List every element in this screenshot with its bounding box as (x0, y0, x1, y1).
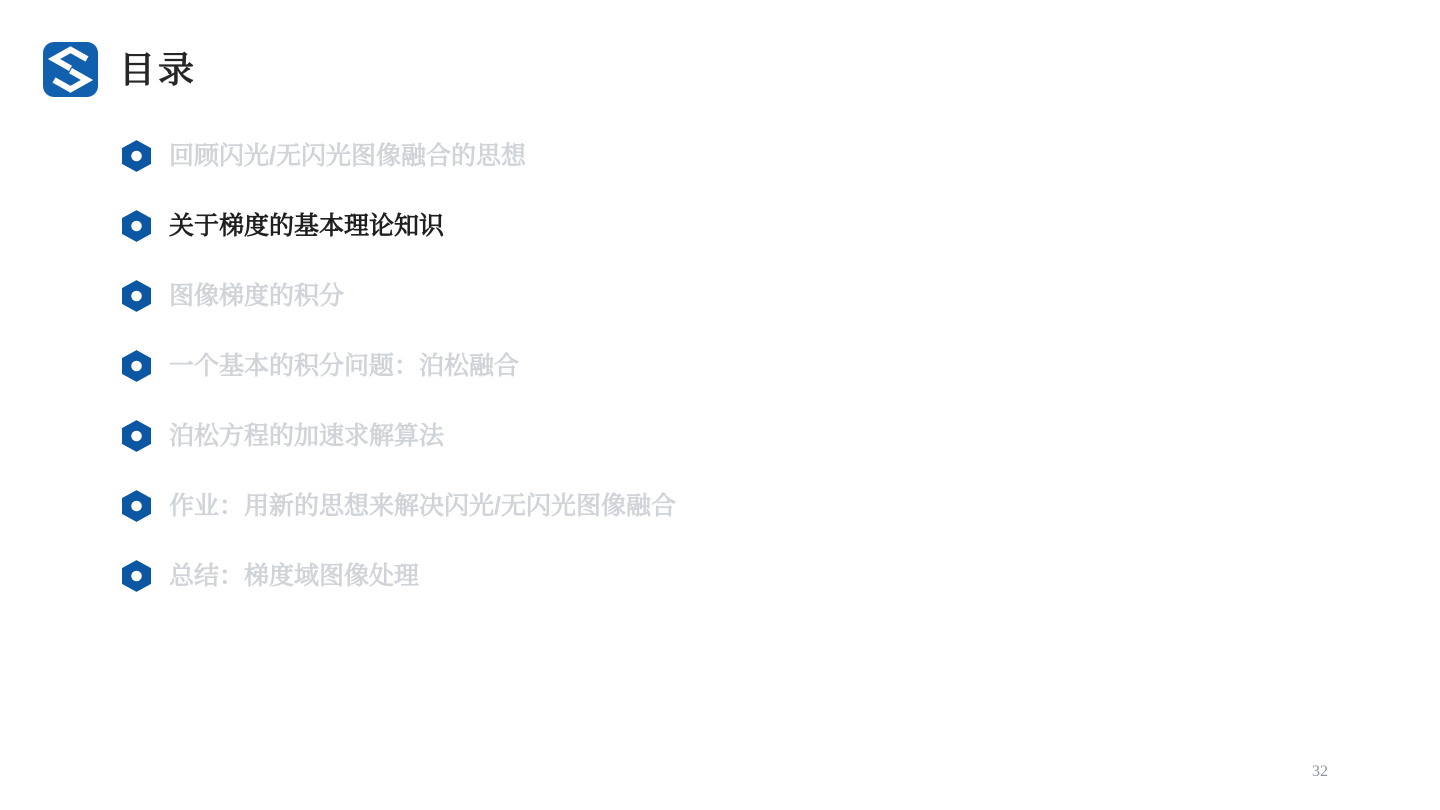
toc-item-label: 作业：用新的思想来解决闪光/无闪光图像融合 (169, 489, 676, 523)
toc-item[interactable]: 关于梯度的基本理论知识 (120, 209, 676, 243)
hexagon-bullet-icon (120, 419, 153, 453)
page-number: 32 (1312, 762, 1328, 782)
toc-item-label: 一个基本的积分问题：泊松融合 (169, 349, 519, 383)
hexagon-bullet-icon (120, 139, 153, 173)
page-title: 目录 (119, 42, 197, 97)
hexagon-bullet-icon (120, 489, 153, 523)
hexagon-bullet-icon (120, 279, 153, 313)
toc-item-label: 总结：梯度域图像处理 (169, 559, 419, 593)
hexagon-bullet-icon (120, 559, 153, 593)
toc-item-label: 图像梯度的积分 (169, 279, 344, 313)
slide-header: 目录 (43, 42, 197, 97)
toc-item-label: 关于梯度的基本理论知识 (169, 209, 444, 243)
slide: 目录 回顾闪光/无闪光图像融合的思想 关于梯度的基本理论知识 (0, 0, 1440, 810)
toc-item[interactable]: 作业：用新的思想来解决闪光/无闪光图像融合 (120, 489, 676, 523)
toc-item[interactable]: 回顾闪光/无闪光图像融合的思想 (120, 139, 676, 173)
hexagon-bullet-icon (120, 349, 153, 383)
s-brand-logo-icon (43, 42, 98, 97)
hexagon-bullet-icon (120, 209, 153, 243)
toc-item-label: 泊松方程的加速求解算法 (169, 419, 444, 453)
toc-item[interactable]: 图像梯度的积分 (120, 279, 676, 313)
toc-item[interactable]: 一个基本的积分问题：泊松融合 (120, 349, 676, 383)
toc-item-label: 回顾闪光/无闪光图像融合的思想 (169, 139, 526, 173)
toc-item[interactable]: 总结：梯度域图像处理 (120, 559, 676, 593)
toc-list: 回顾闪光/无闪光图像融合的思想 关于梯度的基本理论知识 图像梯度的积分 (120, 139, 676, 629)
toc-item[interactable]: 泊松方程的加速求解算法 (120, 419, 676, 453)
